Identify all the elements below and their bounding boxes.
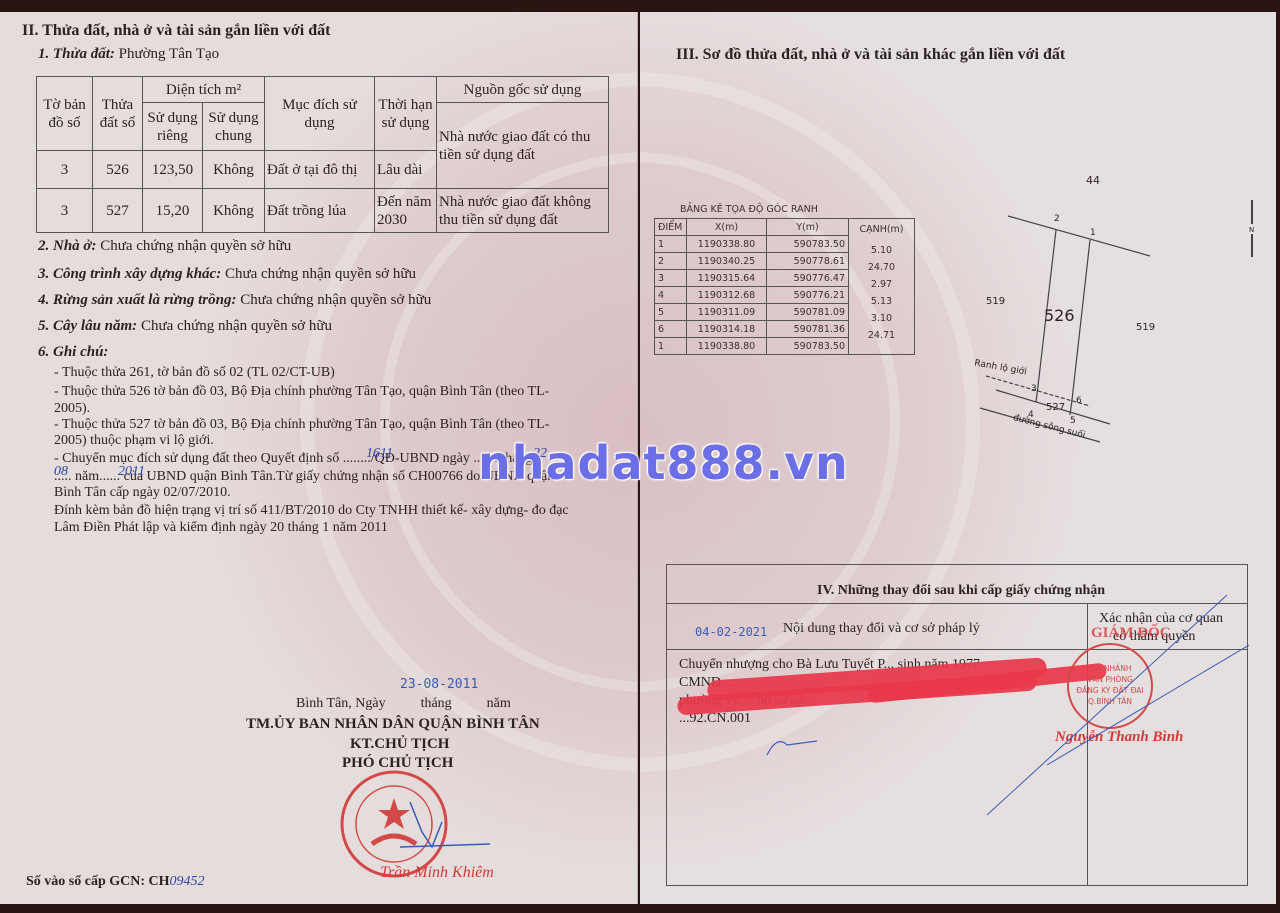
section-title-ii: II. Thửa đất, nhà ở và tài sản gắn liền … — [22, 22, 330, 40]
item-other-construction: 3. Công trình xây dựng khác: Chưa chứng … — [38, 266, 416, 283]
parcel-main-label: 526 — [1044, 306, 1075, 325]
site-watermark: nhadat888.vn — [478, 436, 849, 490]
handwritten-month: 08 — [54, 464, 68, 480]
gcn-register-number: Số vào sổ cấp GCN: CH09452 — [26, 874, 205, 890]
deputy-line-1: KT.CHỦ TỊCH — [350, 736, 449, 753]
parcel-sketch-map — [960, 162, 1276, 462]
place-date-line: Bình Tân, Ngày tháng năm — [296, 696, 511, 712]
map-point-label: 2 — [1054, 214, 1060, 224]
neighbor-parcel-right: 519 — [1136, 322, 1155, 333]
parcel-small-label: 527 — [1046, 402, 1065, 413]
map-point-label: 3 — [1031, 384, 1037, 394]
parcel-line: 1. Thửa đất: Phường Tân Tạo — [38, 46, 219, 63]
note-line: - Thuộc thửa 527 tờ bản đồ 03, Bộ Địa ch… — [54, 417, 549, 433]
note-line: - Thuộc thửa 526 tờ bản đồ 03, Bộ Địa ch… — [54, 384, 549, 400]
note-line: Bình Tân cấp ngày 02/07/2010. — [54, 485, 231, 501]
handwritten-decision-no: 1611 — [366, 446, 393, 462]
neighbor-parcel-left: 519 — [986, 296, 1005, 307]
note-line: 2005) thuộc phạm vi lộ giới. — [54, 433, 214, 449]
signer-name: Trần Minh Khiêm — [380, 864, 494, 882]
map-point-label: 1 — [1090, 228, 1096, 238]
map-point-label: 5 — [1070, 416, 1076, 426]
edge-lengths: CẠNH(m) 5.10 24.70 2.97 5.13 3.10 24.71 — [849, 219, 915, 355]
note-line: 2005). — [54, 401, 90, 417]
land-parcel-table: Tờ bản đồ số Thửa đất số Diện tích m² Mụ… — [36, 76, 609, 233]
coord-table-title: BẢNG KÊ TỌA ĐỘ GÓC RANH — [680, 204, 818, 215]
handwritten-year: 2011 — [118, 464, 145, 480]
map-point-label: 6 — [1076, 396, 1082, 406]
issue-date-stamp: 23-08-2011 — [400, 677, 478, 692]
north-arrow-icon: N — [1249, 226, 1254, 234]
neighbor-parcel-top: 44 — [1086, 174, 1100, 187]
item-production-forest: 4. Rừng sản xuất là rừng trồng: Chưa chứ… — [38, 292, 431, 309]
note-line: Đính kèm bản đồ hiện trạng vị trí số 411… — [54, 503, 569, 519]
note-line: - Thuộc thửa 261, tờ bản đồ số 02 (TL 02… — [54, 365, 335, 381]
notes-label: 6. Ghi chú: — [38, 344, 108, 361]
item-house: 2. Nhà ở: Chưa chứng nhận quyền sở hữu — [38, 238, 291, 255]
item-perennial-trees: 5. Cây lâu năm: Chưa chứng nhận quyền sở… — [38, 318, 332, 335]
table-row: 3 527 15,20 Không Đất trồng lúa Đến năm … — [37, 189, 609, 233]
section-title-iii: III. Sơ đồ thửa đất, nhà ở và tài sản kh… — [676, 46, 1065, 64]
changes-section: IV. Những thay đổi sau khi cấp giấy chứn… — [666, 564, 1248, 886]
coordinate-table: ĐIỂM X(m) Y(m) CẠNH(m) 5.10 24.70 2.97 5… — [654, 218, 915, 355]
authority-title: TM.ỦY BAN NHÂN DÂN QUẬN BÌNH TÂN — [246, 716, 540, 733]
note-line: Lâm Điền Phát lập và kiểm định ngày 20 t… — [54, 520, 388, 536]
